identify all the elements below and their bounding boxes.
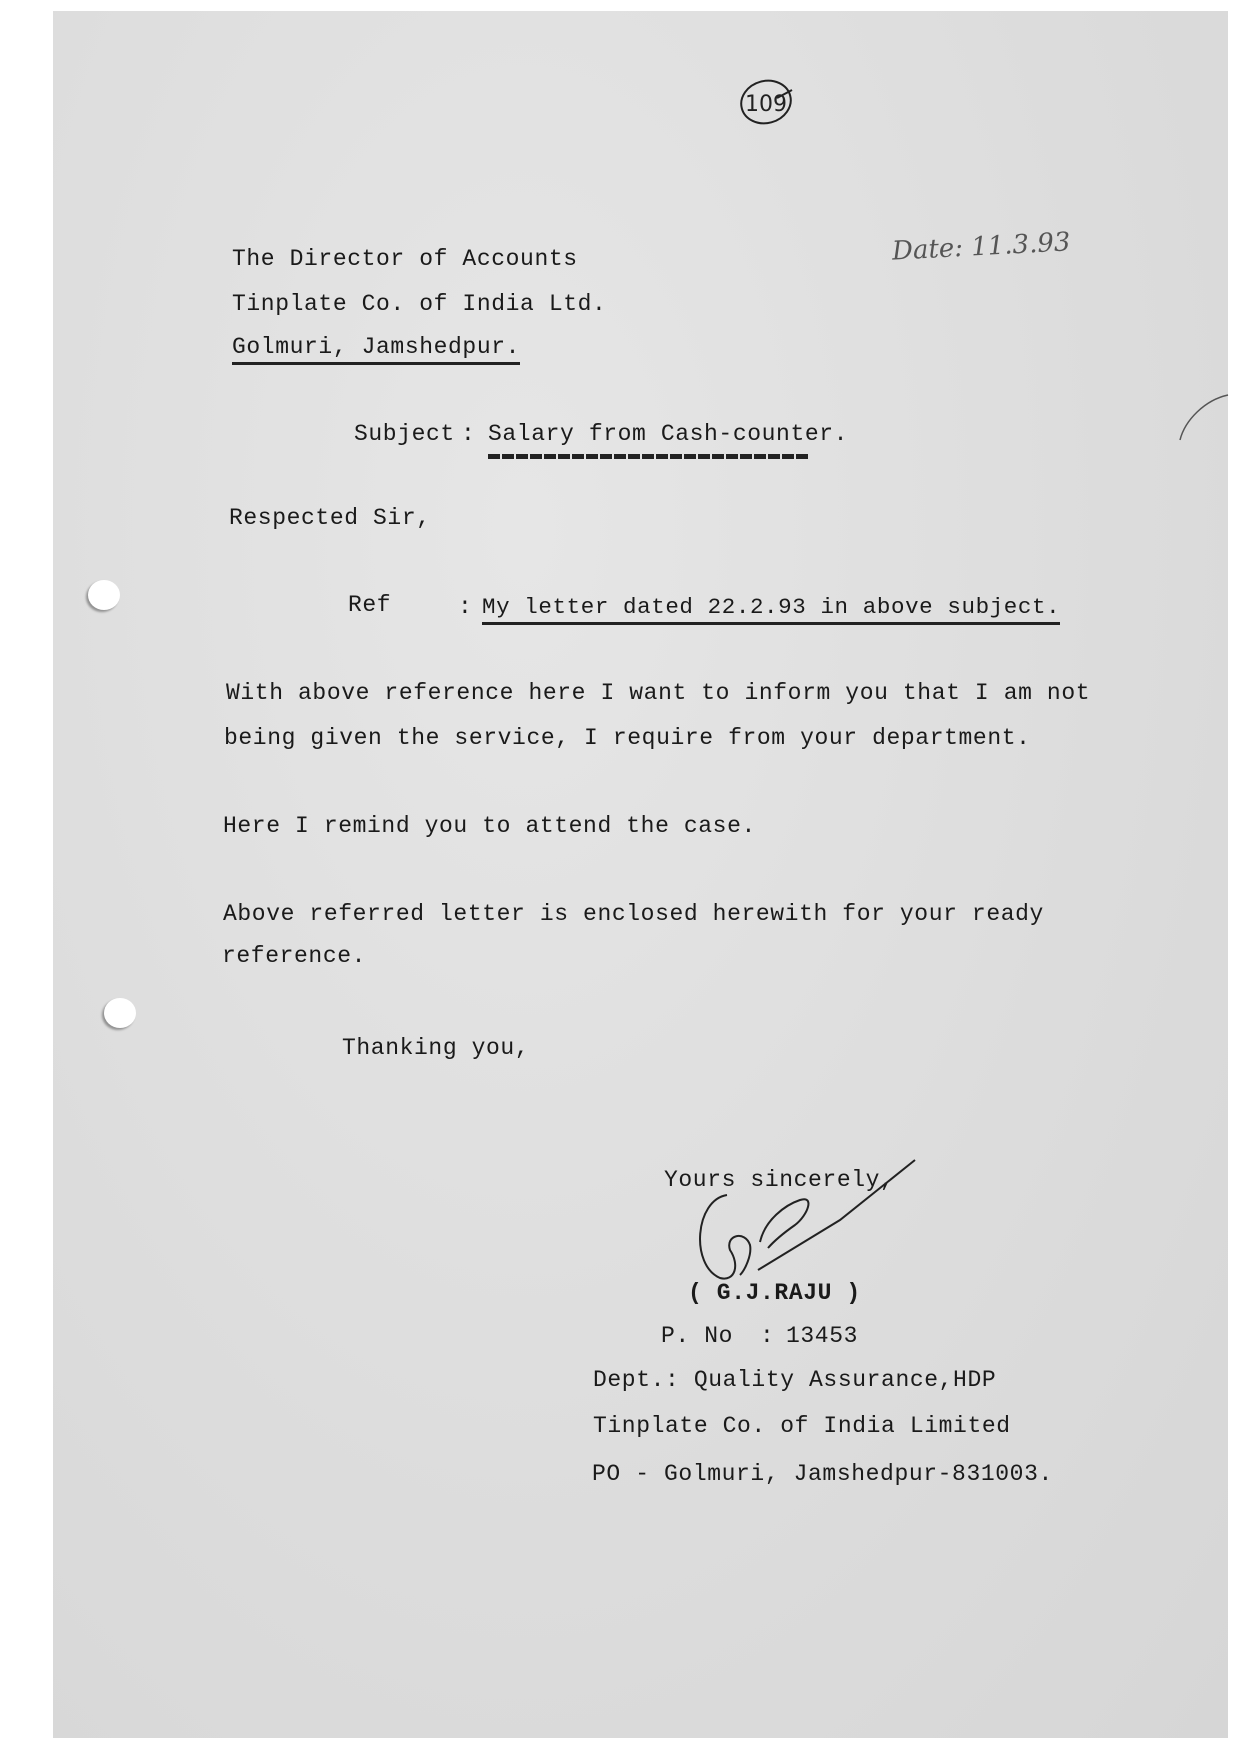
- reference-text: My letter dated 22.2.93 in above subject…: [482, 594, 1060, 625]
- recipient-line-1: The Director of Accounts: [232, 246, 578, 272]
- subject-text: Salary from Cash-counter.: [488, 421, 848, 447]
- signatory-company: Tinplate Co. of India Limited: [593, 1413, 1011, 1439]
- subject-label: Subject: [354, 421, 455, 447]
- signatory-name: ( G.J.RAJU ): [688, 1280, 861, 1306]
- pno-value: 13453: [786, 1323, 858, 1349]
- recipient-line-2: Tinplate Co. of India Ltd.: [232, 291, 606, 317]
- signature-icon: [690, 1160, 930, 1290]
- circled-page-number-icon: 109: [735, 68, 815, 148]
- body-paragraph-3-line-2: reference.: [222, 943, 366, 969]
- pno-label: P. No: [661, 1323, 733, 1349]
- signatory-department: Dept.: Quality Assurance,HDP: [593, 1367, 996, 1393]
- body-paragraph-3-line-1: Above referred letter is enclosed herewi…: [223, 901, 1044, 927]
- body-paragraph-2: Here I remind you to attend the case.: [223, 813, 756, 839]
- reference-label: Ref: [348, 592, 391, 618]
- closing: Thanking you,: [342, 1035, 529, 1061]
- signatory-address: PO - Golmuri, Jamshedpur-831003.: [592, 1461, 1053, 1487]
- reference-separator: :: [458, 594, 472, 620]
- pno-separator: :: [760, 1323, 774, 1349]
- subject-separator: :: [461, 421, 475, 447]
- body-paragraph-1-line-1: With above reference here I want to info…: [226, 680, 1090, 706]
- recipient-line-3: Golmuri, Jamshedpur.: [232, 334, 520, 365]
- pen-mark-icon: [1150, 380, 1230, 440]
- punch-hole: [104, 998, 136, 1028]
- punch-hole: [88, 580, 120, 610]
- salutation: Respected Sir,: [229, 505, 431, 531]
- subject-underline: [488, 454, 810, 459]
- body-paragraph-1-line-2: being given the service, I require from …: [224, 725, 1031, 751]
